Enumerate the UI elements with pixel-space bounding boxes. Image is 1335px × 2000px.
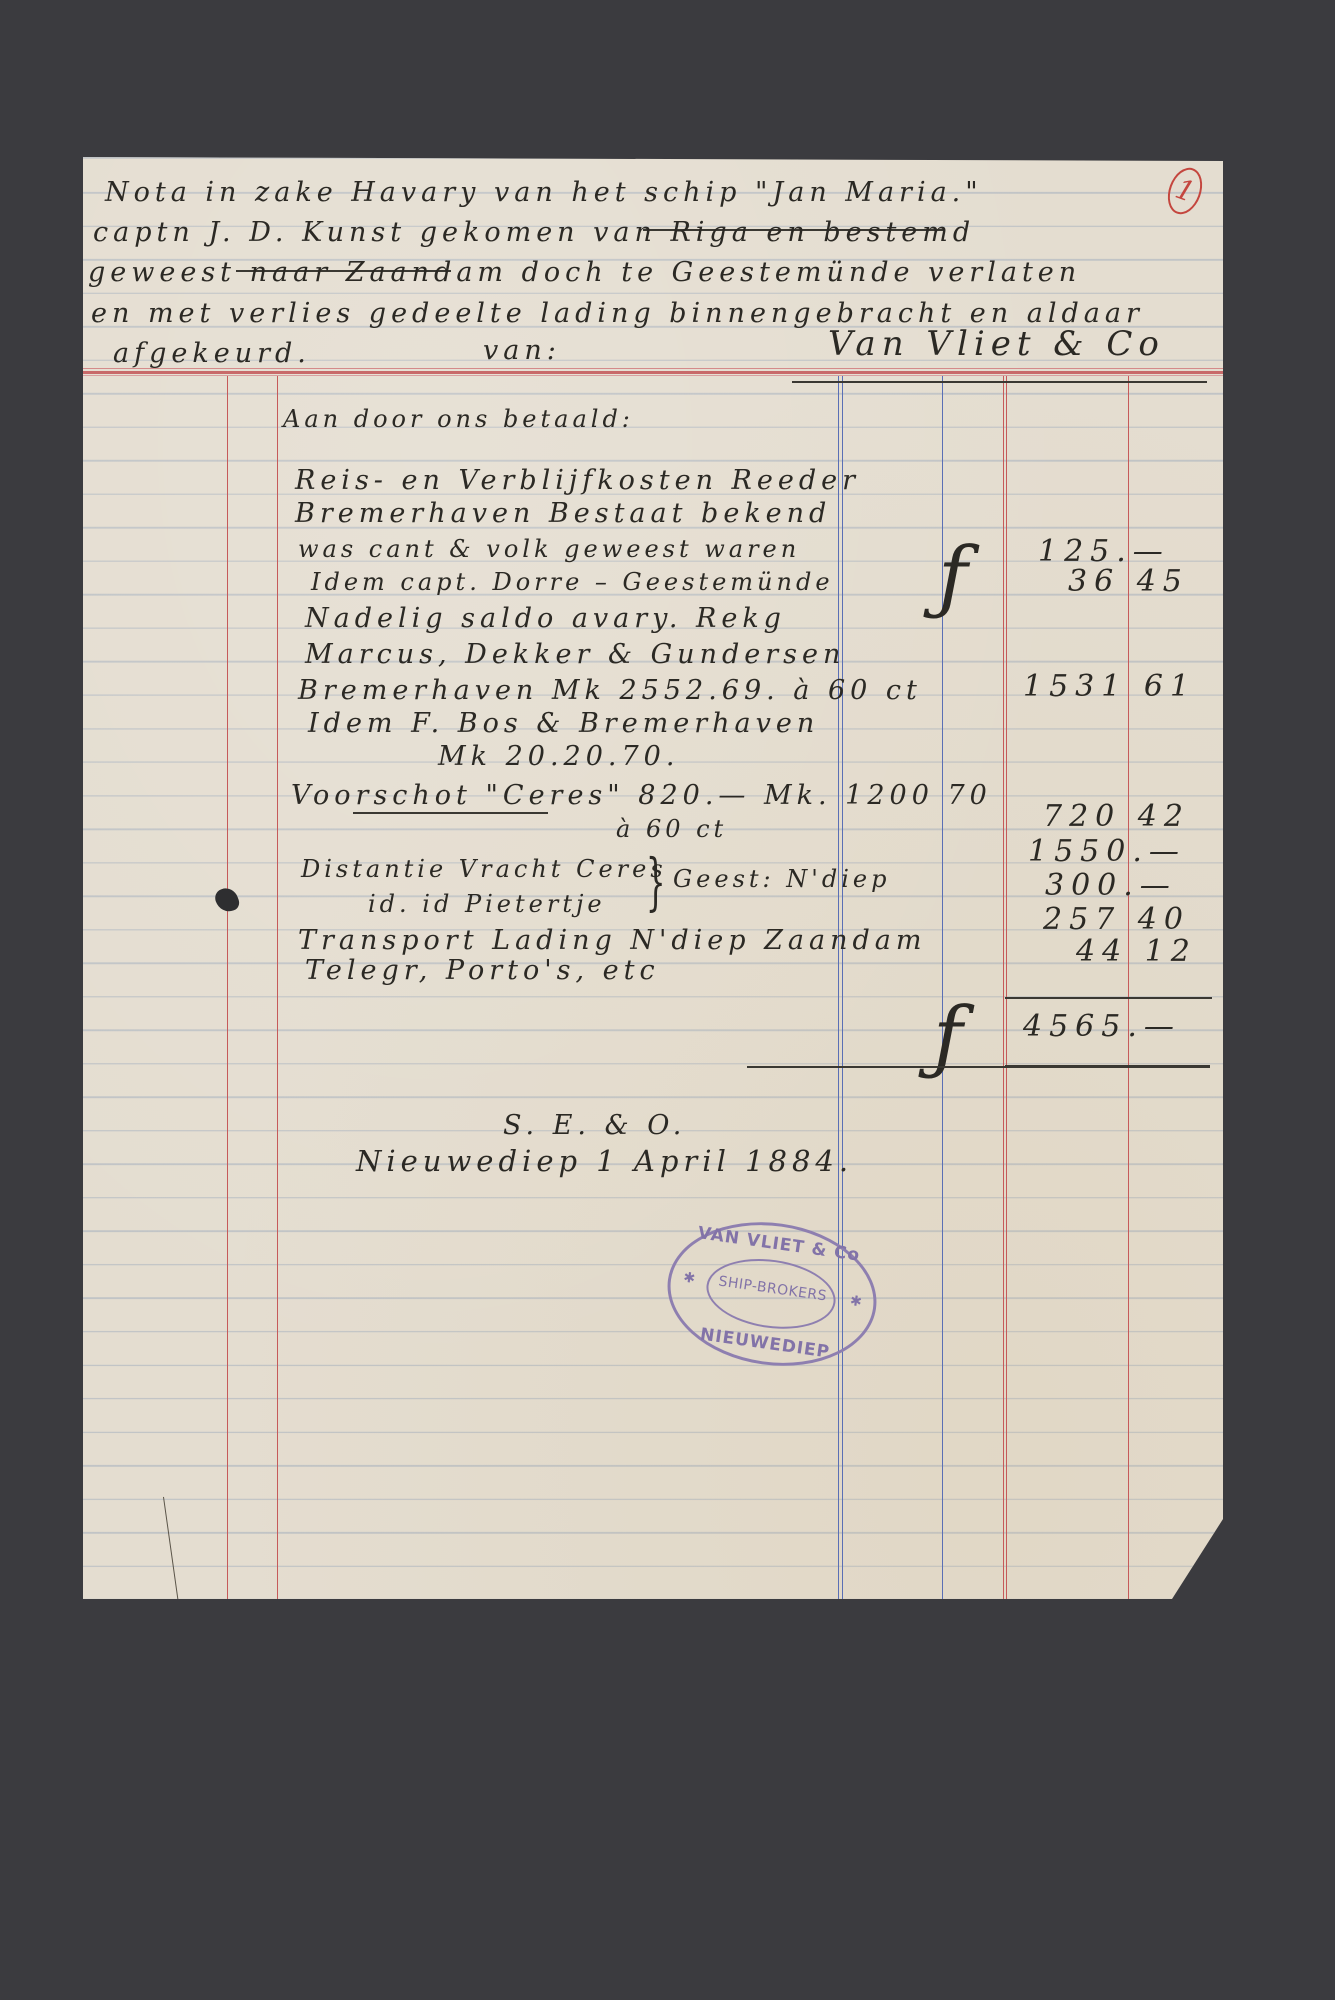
blue-column-rule [842, 376, 843, 1599]
amount: 720 42 [1043, 802, 1190, 832]
header-red-rule [83, 375, 1223, 376]
signature-underline [792, 381, 1207, 383]
header-line-1: Nota in zake Havary van het schip "Jan M… [105, 179, 983, 206]
amount: 36 45 [1068, 567, 1189, 597]
blue-column-rule [838, 376, 839, 1599]
entry-text: Marcus, Dekker & Gundersen [305, 641, 845, 668]
amount-column-rule [1006, 376, 1007, 1599]
header-red-rule [83, 371, 1223, 374]
entry-text: Bremerhaven Bestaat bekend [295, 500, 831, 527]
header-line-2: captn J. D. Kunst gekomen van Riga en be… [93, 219, 975, 246]
entry-text: Idem capt. Dorre – Geestemünde [311, 570, 834, 594]
description-margin-rule [277, 376, 278, 1599]
total-rule-bottom-bold [1005, 1065, 1210, 1068]
entry-text: Reis- en Verblijfkosten Reeder [295, 467, 860, 494]
total-amount: 4565.— [1023, 1012, 1181, 1042]
florin-symbol-total: ƒ [933, 997, 963, 1077]
entry-text: Bremerhaven Mk 2552.69. à 60 ct [298, 677, 922, 704]
header-line-4: en met verlies gedeelte lading binnengeb… [91, 300, 1144, 327]
star-icon: ✱ [849, 1293, 863, 1310]
amount-column-rule [1003, 376, 1004, 1599]
entry-text: Idem F. Bos & Bremerhaven [308, 710, 819, 737]
van-label: van: [483, 337, 561, 364]
star-icon: ✱ [682, 1270, 696, 1287]
total-rule-bottom [747, 1066, 1005, 1068]
header-line-3: geweest naar Zaandam doch te Geestemünde… [88, 259, 1081, 286]
invoice-paper: 1 Nota in zake Havary van het schip "Jan… [83, 157, 1223, 1599]
brace-icon: } [646, 851, 666, 913]
amount: 125.— [1038, 537, 1170, 567]
total-rule-top [1005, 997, 1212, 999]
entry-text: Mk 20.20.70. [438, 743, 679, 770]
closing-initials: S. E. & O. [503, 1112, 686, 1139]
brace-note: Geest: N'diep [673, 867, 890, 891]
left-margin-rule [227, 376, 228, 1599]
section-heading: Aan door ons betaald: [283, 407, 634, 431]
header-line-5: afgekeurd. [113, 340, 311, 367]
entry-text: Transport Lading N'diep Zaandam [298, 927, 926, 954]
florin-symbol: ƒ [938, 537, 968, 617]
amount: 44 12 [1076, 937, 1197, 967]
entry-text: Distantie Vracht Ceres [301, 857, 667, 881]
entry-text: à 60 ct [616, 817, 727, 841]
amount: 300.— [1045, 871, 1177, 901]
entry-text: was cant & volk geweest waren [298, 537, 800, 561]
advance-underline [353, 812, 548, 814]
amount: 257 40 [1043, 905, 1190, 935]
entry-text: Telegr, Porto's, etc [305, 957, 660, 984]
entry-text: id. id Pietertje [368, 892, 606, 916]
issuer-signature: Van Vliet & Co [828, 327, 1165, 361]
entry-text: Nadelig saldo avary. Rekg [305, 605, 786, 632]
amount: 1550.— [1028, 837, 1186, 867]
place-date: Nieuwediep 1 April 1884. [356, 1147, 853, 1176]
entry-text: Voorschot "Ceres" 820.— Mk. 1200 70 [291, 782, 992, 809]
amount: 1531 61 [1023, 672, 1196, 702]
